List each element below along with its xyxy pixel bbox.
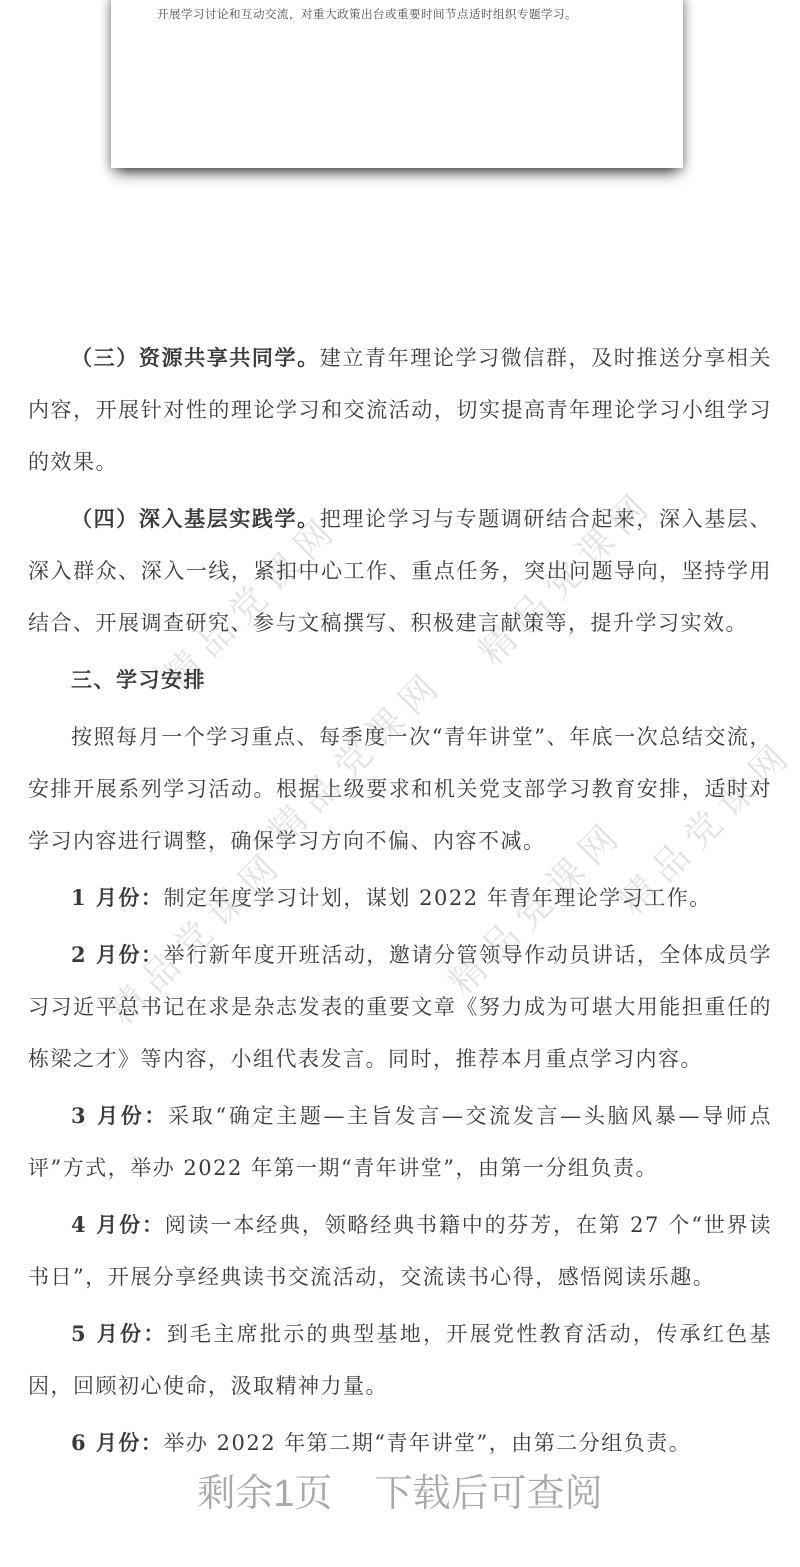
remaining-pages-notice: 剩余1页下载后可查阅 [0,1462,800,1517]
paragraph-month-january: 1 月份：制定年度学习计划，谋划 2022 年青年理论学习工作。 [28,872,772,924]
month-label: 2 月份： [71,942,164,967]
paragraph-resource-sharing: （三）资源共享共同学。建立青年理论学习微信群，及时推送分享相关内容，开展针对性的… [28,332,772,488]
remaining-pages-count: 剩余1页 [197,1473,332,1515]
month-label: 4 月份： [71,1212,165,1237]
paragraph-intro: 按照每月一个学习重点、每季度一次“青年讲堂”、年底一次总结交流，安排开展系列学习… [28,711,772,867]
section-heading-study-arrangement: 三、学习安排 [28,654,772,706]
paragraph-month-february: 2 月份：举行新年度开班活动，邀请分管领导作动员讲话，全体成员学习习近平总书记在… [28,929,772,1085]
month-label: 5 月份： [71,1321,167,1346]
paragraph-month-may: 5 月份：到毛主席批示的典型基地，开展党性教育活动，传承红色基因，回顾初心使命，… [28,1308,772,1412]
month-text: 制定年度学习计划，谋划 2022 年青年理论学习工作。 [163,886,711,910]
previous-page-last-line: 开展学习讨论和互动交流，对重大政策出台或重要时间节点适时组织专题学习。 [157,6,637,23]
document-page-preview: 开展学习讨论和互动交流，对重大政策出台或重要时间节点适时组织专题学习。 [111,0,683,168]
paragraph-bold-label: （四）深入基层实践学。 [71,506,320,531]
month-label: 6 月份： [71,1430,163,1455]
paragraph-text: 按照每月一个学习重点、每季度一次“青年讲堂”、年底一次总结交流，安排开展系列学习… [28,725,772,853]
paragraph-bold-label: （三）资源共享共同学。 [71,345,320,370]
month-label: 1 月份： [71,885,163,910]
paragraph-month-april: 4 月份：阅读一本经典，领略经典书籍中的芬芳，在第 27 个“世界读书日”，开展… [28,1199,772,1303]
paragraph-month-march: 3 月份：采取“确定主题—主旨发言—交流发言—头脑风暴—导师点评”方式，举办 2… [28,1090,772,1194]
document-body: （三）资源共享共同学。建立青年理论学习微信群，及时推送分享相关内容，开展针对性的… [28,332,772,1474]
month-label: 3 月份： [71,1103,168,1128]
month-text: 举办 2022 年第二期“青年讲堂”，由第二分组负责。 [163,1431,691,1455]
download-to-view-hint: 下载后可查阅 [375,1473,603,1515]
paragraph-grassroots-practice: （四）深入基层实践学。把理论学习与专题调研结合起来，深入基层、深入群众、深入一线… [28,493,772,649]
